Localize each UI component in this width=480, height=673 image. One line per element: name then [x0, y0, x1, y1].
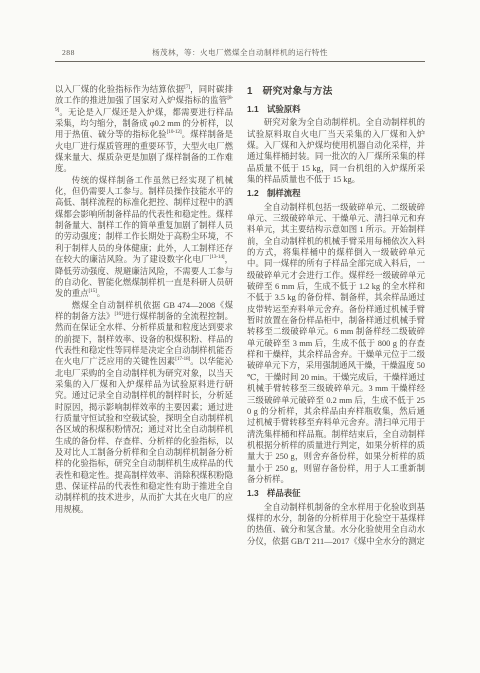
- paragraph: 全自动制样机制备的全水样用于化验收到基煤样的水分，制备的分析样用于化验空干基煤样…: [247, 502, 425, 547]
- citation-ref: [10-12]: [167, 130, 182, 136]
- paragraph: 全自动制样机包括一级破碎单元、二级破碎单元、三级破碎单元、干燥单元、清扫单元和弃…: [247, 202, 425, 486]
- right-column-blocks: 1.1 试验原料研究对象为全自动制样机。全自动制样机的试验原料取自火电厂当天采集…: [247, 104, 425, 547]
- right-column: 1 研究对象与方法 1.1 试验原料研究对象为全自动制样机。全自动制样机的试验原…: [247, 84, 425, 547]
- left-column: 以入厂煤的化验指标作为结算依据[7]，同时碳排放工作的推进加强了国家对入炉煤指标…: [55, 84, 233, 547]
- page-number: 288: [62, 47, 75, 58]
- page-header: 288 杨茂林，等：火电厂燃煤全自动制样机的运行特性: [55, 47, 425, 58]
- paragraph: 传统的煤样制备工作虽然已经实现了机械化，但仍需要人工参与。制样员操作技能水平的高…: [55, 175, 233, 300]
- section-heading: 1 研究对象与方法: [247, 85, 425, 98]
- paragraph: 燃煤全自动制样机依据 GB 474—2008《煤样的制备方法》[16]进行煤样制…: [55, 300, 233, 516]
- two-column-body: 以入厂煤的化验指标作为结算依据[7]，同时碳排放工作的推进加强了国家对入炉煤指标…: [55, 84, 425, 547]
- citation-ref: [15]: [89, 288, 97, 294]
- subsection-heading: 1.3 样品表征: [247, 488, 425, 499]
- citation-ref: [13-14]: [210, 254, 225, 260]
- running-title: 杨茂林，等：火电厂燃煤全自动制样机的运行特性: [55, 47, 425, 58]
- citation-ref: [7]: [184, 84, 190, 90]
- header-rule: [55, 61, 425, 62]
- subsection-heading: 1.1 试验原料: [247, 104, 425, 115]
- paragraph: 以入厂煤的化验指标作为结算依据[7]，同时碳排放工作的推进加强了国家对入炉煤指标…: [55, 84, 233, 175]
- citation-ref: [8-9]: [55, 96, 233, 113]
- citation-ref: [17-18]: [175, 356, 190, 362]
- subsection-heading: 1.2 制样流程: [247, 188, 425, 199]
- paragraph: 研究对象为全自动制样机。全自动制样机的试验原料取自火电厂当天采集的入厂煤和入炉煤…: [247, 117, 425, 185]
- document-page: 288 杨茂林，等：火电厂燃煤全自动制样机的运行特性 以入厂煤的化验指标作为结算…: [0, 0, 480, 673]
- citation-ref: [16]: [114, 311, 122, 317]
